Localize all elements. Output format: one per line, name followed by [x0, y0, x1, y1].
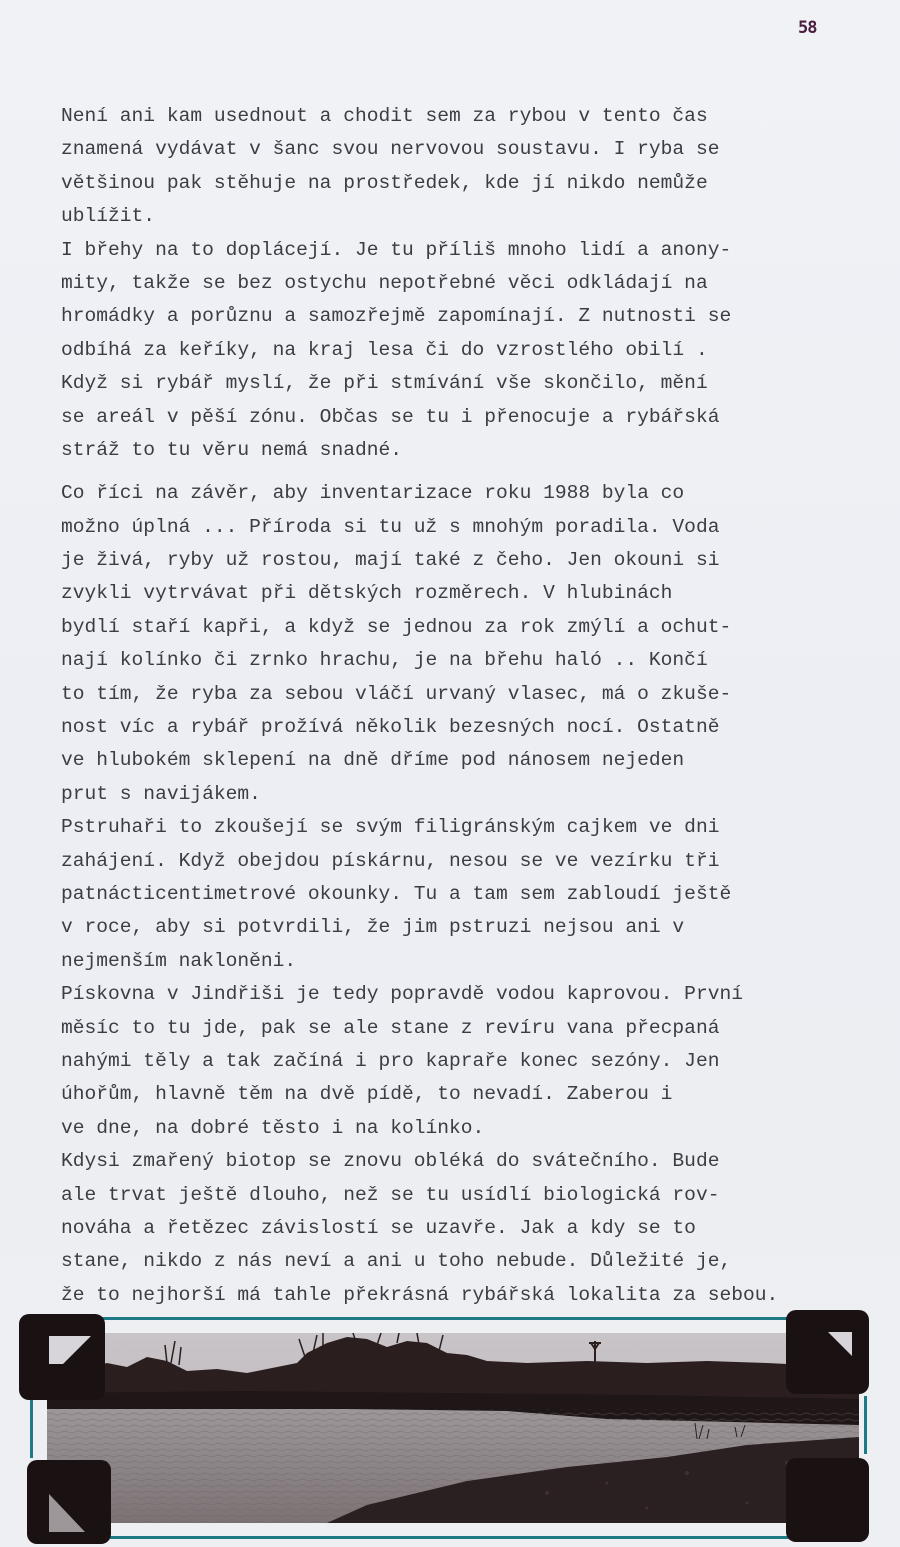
text-line: odbíhá za keříky, na kraj lesa či do vzr… [61, 334, 900, 367]
text-line: nejmenším nakloněni. [61, 945, 900, 978]
text-line: ublížit. [61, 200, 900, 233]
text-line: Pískovna v Jindřiši je tedy popravdě vod… [61, 978, 900, 1011]
text-line: ve dne, na dobré těsto i na kolínko. [61, 1112, 900, 1145]
paragraph: Není ani kam usednout a chodit sem za ry… [61, 100, 900, 234]
text-line: měsíc to tu jde, pak se ale stane z reví… [61, 1012, 900, 1045]
text-line: nováha a řetězec závislostí se uzavře. J… [61, 1212, 900, 1245]
text-line: ve hlubokém sklepení na dně dříme pod ná… [61, 744, 900, 777]
paragraph: I břehy na to doplácejí. Je tu příliš mn… [61, 234, 900, 468]
text-line: to tím, že ryba za sebou vláčí urvaný vl… [61, 678, 900, 711]
paragraph: Pstruhaři to zkoušejí se svým filigránsk… [61, 811, 900, 978]
paragraph: Kdysi zmařený biotop se znovu obléká do … [61, 1145, 900, 1312]
paragraph: Co říci na závěr, aby inventarizace roku… [61, 477, 900, 811]
text-line: nahými těly a tak začíná i pro kapraře k… [61, 1045, 900, 1078]
text-line: bydlí staří kapři, a když se jednou za r… [61, 611, 900, 644]
document-page: 58 Není ani kam usednout a chodit sem za… [0, 0, 900, 1547]
lake-photograph [47, 1333, 859, 1523]
text-line: stane, nikdo z nás neví a ani u toho neb… [61, 1245, 900, 1278]
page-number: 58 [798, 18, 816, 38]
text-line: možno úplná ... Příroda si tu už s mnohý… [61, 511, 900, 544]
text-line: ale trvat ještě dlouho, než se tu usídlí… [61, 1179, 900, 1212]
text-line: se areál v pěší zónu. Občas se tu i přen… [61, 401, 900, 434]
typewritten-text: Není ani kam usednout a chodit sem za ry… [61, 100, 900, 1312]
text-line: Kdysi zmařený biotop se znovu obléká do … [61, 1145, 900, 1178]
text-line: většinou pak stěhuje na prostředek, kde … [61, 167, 900, 200]
text-line: mity, takže se bez ostychu nepotřebné vě… [61, 267, 900, 300]
text-line: úhořům, hlavně těm na dvě pídě, to nevad… [61, 1078, 900, 1111]
paragraph: Pískovna v Jindřiši je tedy popravdě vod… [61, 978, 900, 1145]
lake-photo-image [47, 1333, 859, 1523]
border-line-right [864, 1396, 867, 1454]
text-line: patnácticentimetrové okounky. Tu a tam s… [61, 878, 900, 911]
text-line: zvykli vytrvávat při dětských rozměrech.… [61, 577, 900, 610]
photo-corner-top-left [19, 1314, 105, 1400]
text-line: Není ani kam usednout a chodit sem za ry… [61, 100, 900, 133]
photo-corner-top-right [786, 1310, 869, 1394]
text-line: I břehy na to doplácejí. Je tu příliš mn… [61, 234, 900, 267]
text-line: zahájení. Když obejdou pískárnu, nesou s… [61, 845, 900, 878]
text-line: nost víc a rybář prožívá několik bezesný… [61, 711, 900, 744]
text-line: Co říci na závěr, aby inventarizace roku… [61, 477, 900, 510]
text-line: prut s navijákem. [61, 778, 900, 811]
photo-corner-bottom-left [27, 1460, 111, 1544]
photo-corner-bottom-right [786, 1458, 869, 1542]
text-line: nají kolínko či zrnko hrachu, je na břeh… [61, 644, 900, 677]
text-line: v roce, aby si potvrdili, že jim pstruzi… [61, 911, 900, 944]
text-line: je živá, ryby už rostou, mají také z čeh… [61, 544, 900, 577]
border-line-bottom [110, 1536, 820, 1539]
border-line-left [30, 1400, 33, 1458]
text-line: znamená vydávat v šanc svou nervovou sou… [61, 133, 900, 166]
border-line-top [102, 1317, 790, 1320]
text-line: Když si rybář myslí, že při stmívání vše… [61, 367, 900, 400]
mounted-photo [0, 1300, 900, 1547]
text-line: stráž to tu věru nemá snadné. [61, 434, 900, 467]
text-line: hromádky a porůznu a samozřejmě zapomína… [61, 300, 900, 333]
text-line: Pstruhaři to zkoušejí se svým filigránsk… [61, 811, 900, 844]
